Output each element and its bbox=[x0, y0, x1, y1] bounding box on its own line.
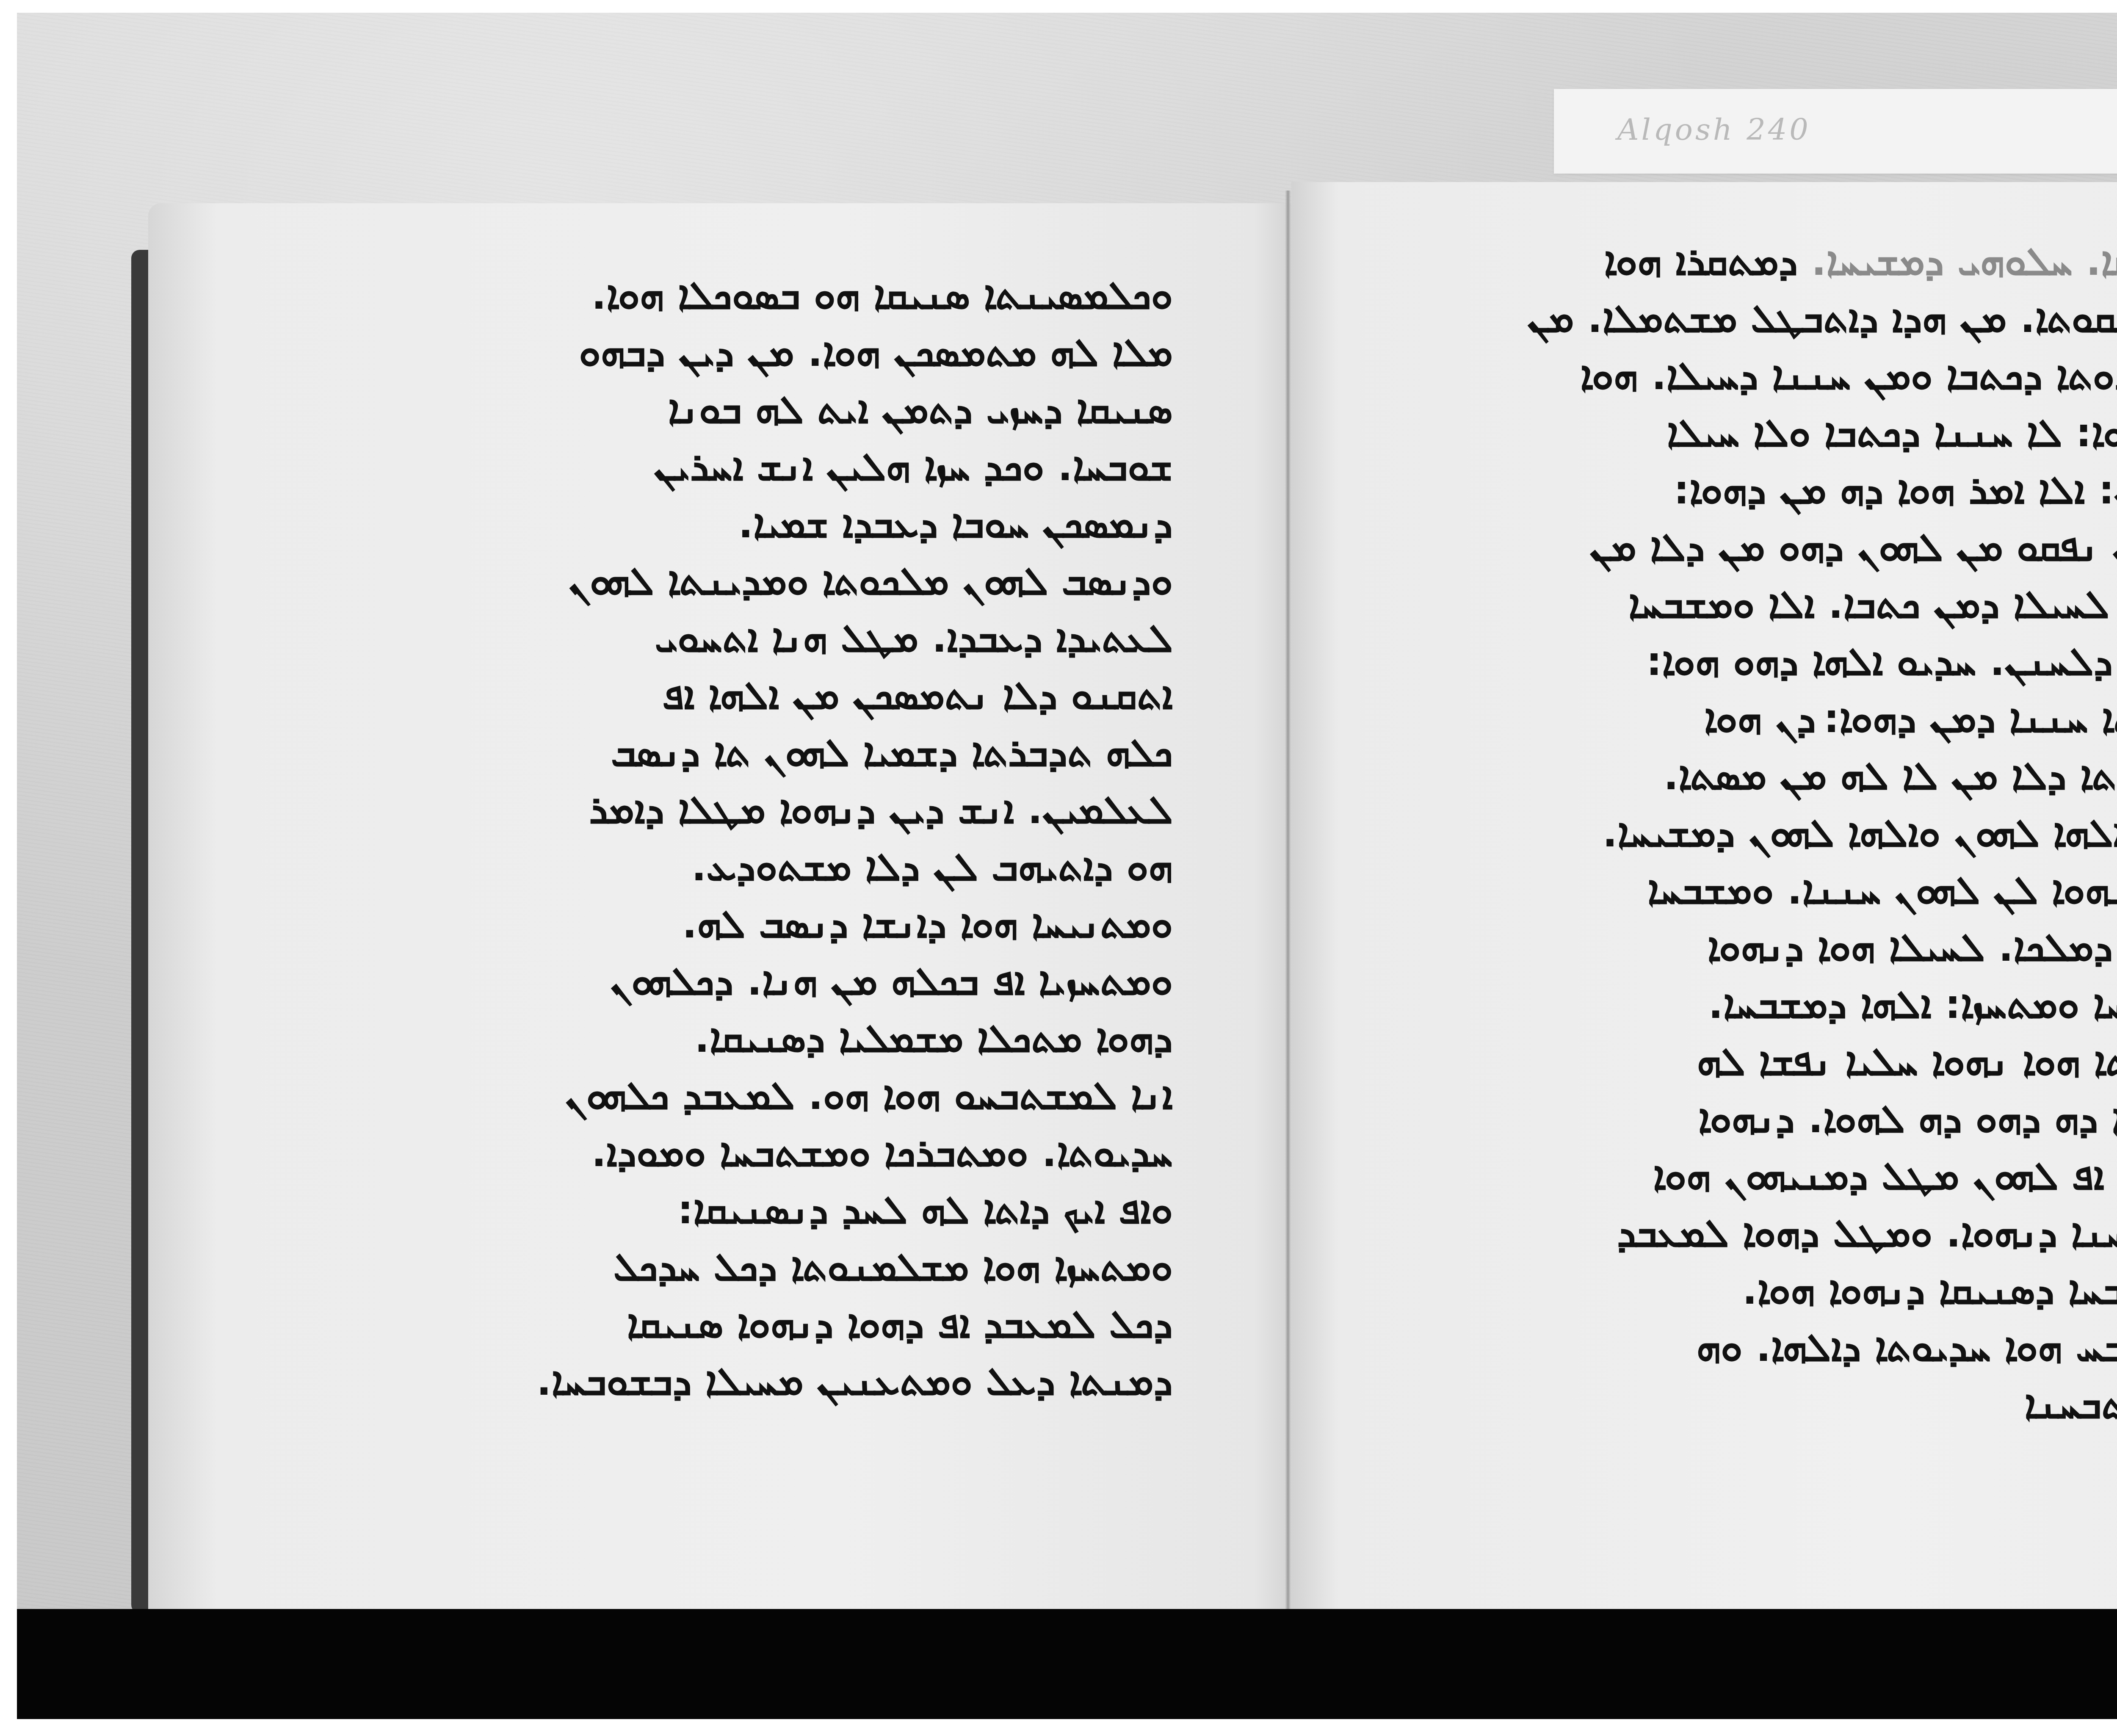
manuscript-line-rubric: ܣܢܝܩܐ. ܚܠܘܗܝ ܕܡܫܝܚܐ. ܕܡܬܩܪܐ ܗܘܐ bbox=[1372, 233, 2117, 290]
manuscript-line: ܘܡܬܚܙܝܐ ܐܦ ܒܟܠܗ ܡܢ ܗܢܐ. ܕܟܠܗܘܢ bbox=[347, 953, 1173, 1010]
manuscript-line: ܘܕܢܣܒ ܠܗܘܢ ܡܠܟܘܬܐ ܘܡܕܝܢܬܐ ܠܗܘܢ bbox=[347, 553, 1173, 610]
manuscript-line: ܐܠܗܐ ܕܡܠܟܐ. ܠܚܝܠܐ ܗܘܐ ܕܢܗܘܐ bbox=[1372, 919, 2117, 976]
manuscript-line: ܕܟܠ ܠܡܥܒܕ ܐܦ ܕܗܘܐ ܕܢܗܘܐ ܣܢܝܩܐ bbox=[347, 1296, 1173, 1353]
manuscript-line: ܘܟܠܡܣܝܢܬܐ ܣܢܝܩܐ ܗܘ ܒܣܘܟܠܐ ܗܘܐ. bbox=[347, 267, 1173, 324]
manuscript-line: ܕܗܘܐ ܡܬܟܠܐ ܡܫܡܠܝܐ ܕܣܢܝܩܐ. bbox=[347, 1010, 1173, 1067]
shelf-label-text: Alqosh 240 bbox=[1617, 112, 1811, 147]
manuscript-line: ܡܫܬܒܚܐ ܕܣܢܝܩܐ ܕܢܗܘܐ ܗܘܐ. bbox=[1372, 1262, 2117, 1319]
manuscript-line: ܫܘܒܚܐ. ܘܟܕ ܚܙܐ ܗܠܝܢ ܐܢܫ ܐܚܪܝܢ bbox=[347, 438, 1173, 495]
manuscript-line: ܕܠܟܢ: ܐܠܐ ܐܡܪ ܗܘܐ ܕܗ ܡܢ ܕܗܘܐ: bbox=[1372, 462, 2117, 519]
shelf-label-card: Alqosh 240 bbox=[1554, 89, 2117, 174]
right-page-text: ܣܢܝܩܐ. ܚܠܘܗܝ ܕܡܫܝܚܐ. ܕܡܬܩܪܐ ܗܘܐ ܕܣܢܝܩܘܬܐ… bbox=[1372, 233, 2117, 1433]
manuscript-line: ܚܣܝܪܘܬܐ ܕܟܬܒܐ ܘܡܢ ܚܢܢܐ ܕܚܝܠܐ. ܗܘܐ bbox=[1372, 347, 2117, 404]
manuscript-line: ܠܥܬܝܕܐ ܕܥܒܕܐ. ܡܛܠ ܗܢܐ ܐܬܚܘܝ bbox=[347, 610, 1173, 667]
manuscript-line: ܕܣܢܝܩܘܬܐ. ܡܢ ܗܕܐ ܕܐܬܒܛܠ ܡܫܬܡܠܐ. ܡܢ bbox=[1372, 290, 2117, 347]
left-page-text: ܘܟܠܡܣܝܢܬܐ ܣܢܝܩܐ ܗܘ ܒܣܘܟܠܐ ܗܘܐ. ܡܠܐ ܠܗ ܡܬ… bbox=[347, 267, 1173, 1410]
manuscript-line: ܕܢ ܐܬܐ ܚܢܢܐ ܕܡܢ ܕܗܘܐ: ܕܢ ܗܘܐ bbox=[1372, 690, 2117, 747]
book-gutter bbox=[1285, 191, 1291, 1656]
manuscript-line: ܥܠܡܐ ܕܗ ܕܗܘ ܕܗ ܠܗܘܐ. ܕܢܗܘܐ bbox=[1372, 1090, 2117, 1147]
manuscript-line: ܠܡܫܒܚ ܗܘܐ ܚܕܝܘܬܐ ܕܐܠܗܐ. ܘܗ bbox=[1372, 1319, 2117, 1376]
manuscript-line: ܠܗܘܢ ܢܦܩܘ ܡܢ ܠܗܘܢ ܕܗܘ ܡܢ ܕܠܐ ܡܢ bbox=[1372, 519, 2117, 576]
dark-foreground bbox=[17, 1609, 2117, 1719]
manuscript-line: ܗܘ ܕܐܬܝܗܒ ܠܢ ܕܠܐ ܡܫܬܘܕܥ. bbox=[347, 838, 1173, 896]
manuscript-line: ܠܥܠܡܝܢ. ܐܢܫ ܕܝܢ ܕܢܗܘܐ ܡܛܠܐ ܕܐܡܪ bbox=[347, 781, 1173, 838]
manuscript-line: ܘܡܫܬܒܚܢܐ bbox=[1372, 1376, 2117, 1433]
manuscript-line: ܕܢ ܗܘܐ: ܠܐ ܚܢܢܐ ܕܟܬܒܐ ܘܠܐ ܚܝܠܐ bbox=[1372, 404, 2117, 462]
manuscript-line: ܐܬܩܢܘ ܕܠܐ ܢܬܡܣܟܢ ܡܢ ܐܠܗܐ ܐܦ bbox=[347, 667, 1173, 724]
manuscript-line: ܣܝܒܪܬܐ ܕܠܐ ܡܢ ܠܐ ܠܗ ܡܢ ܡܣܬܐ. bbox=[1372, 747, 2117, 804]
manuscript-line: ܐܠܗܐ ܕܠܚܢܢ. ܚܕܝܘ ܐܠܗܐ ܕܗܘ ܗܘܐ: bbox=[1372, 633, 2117, 690]
manuscript-line: ܘܐܦ ܐܝܟ ܕܐܬܐ ܠܗ ܠܚܕ ܕܢܣܢܝܩܐ: bbox=[347, 1181, 1173, 1238]
manuscript-line: ܡܫܒܚܐ ܘܡܬܚܙܐ: ܐܠܗܐ ܕܡܫܒܚܐ. bbox=[1372, 976, 2117, 1033]
photograph: Alqosh 240 Apostle read 20. 21 nad enam … bbox=[17, 13, 2117, 1719]
manuscript-line: ܘܡܬܚܙܐ ܗܘܐ ܡܫܠܡܢܘܬܐ ܕܟܠ ܚܕܟܠ bbox=[347, 1238, 1173, 1296]
manuscript-line: ܡܢܐ ܐܠܗܐ ܠܗܘܢ ܘܐܠܗܐ ܠܗܘܢ ܕܡܫܝܚܐ. bbox=[1372, 804, 2117, 862]
manuscript-line: ܕܡܢܬܐ ܕܥܠ ܘܡܬܥܢܝܢ ܡܚܝܠܐ ܕܒܫܘܒܚܐ. bbox=[347, 1353, 1173, 1410]
manuscript-line: ܡܠܐ ܠܗ ܡܬܡܣܟܢ ܗܘܐ. ܡܢ ܕܝܢ ܕܒܗܘ bbox=[347, 324, 1173, 381]
rubric-heading: ܣܢܝܩܐ. ܚܠܘܗܝ ܕܡܫܝܚܐ. bbox=[1811, 239, 2117, 284]
manuscript-line: ܚܕܝܘܬܐ. ܘܡܬܒܪܟܐ ܘܡܫܬܒܚܐ ܘܡܘܕܐ. bbox=[347, 1124, 1173, 1181]
manuscript-line: ܕܡܘܬܐ ܗܘܐ ܢܗܘܐ ܚܠܝܐ ܢܦܫܐ ܠܗ bbox=[1372, 1033, 2117, 1090]
manuscript-line: ܘܡܬܢܝܚܐ ܗܘܐ ܕܐܢܫܐ ܕܢܣܒ ܠܗ. bbox=[347, 896, 1173, 953]
manuscript-line: ܘܗܘܐ ܐܦ ܠܗܘܢ ܡܛܠ ܕܡܢܝܗܘܢ ܗܘܐ bbox=[1372, 1147, 2117, 1205]
manuscript-line: ܣܢܝܩܐ ܕܚܙܝ ܕܬܡܢ ܐܝܬ ܠܗ ܒܘܢܐ bbox=[347, 381, 1173, 438]
manuscript-line: ܟܠܗ ܬܕܒܪܬܐ ܕܫܡܝܐ ܠܗܘܢ ܬܐ ܕܢܣܒ bbox=[347, 724, 1173, 781]
manuscript-line: ܡܢܐ. ܠܚܝܠܐ ܕܡܢ ܟܬܒܐ. ܐܠܐ ܘܡܫܒܚܐ bbox=[1372, 576, 2117, 633]
manuscript-line: ܡܫܒܚܢܐ ܕܢܗܘܐ. ܘܡܛܠ ܕܗܘܐ ܠܡܥܒܕ bbox=[1372, 1205, 2117, 1262]
manuscript-line-continuation: ܕܡܬܩܪܐ ܗܘܐ bbox=[1604, 239, 1798, 284]
manuscript-line: ܕܠܐ ܢܗܘܐ ܠܢ ܠܗܘܢ ܚܢܢܐ. ܘܡܫܒܚܐ bbox=[1372, 862, 2117, 919]
manuscript-line: ܐܢܐ ܠܡܫܬܒܚܘ ܗܘܐ ܗܘ. ܠܡܥܒܕ ܟܠܗܘܢ bbox=[347, 1067, 1173, 1124]
manuscript-line: ܕܢܡܣܟܢ ܚܘܒܐ ܕܥܒܕܐ ܫܡܝܐ. bbox=[347, 495, 1173, 553]
